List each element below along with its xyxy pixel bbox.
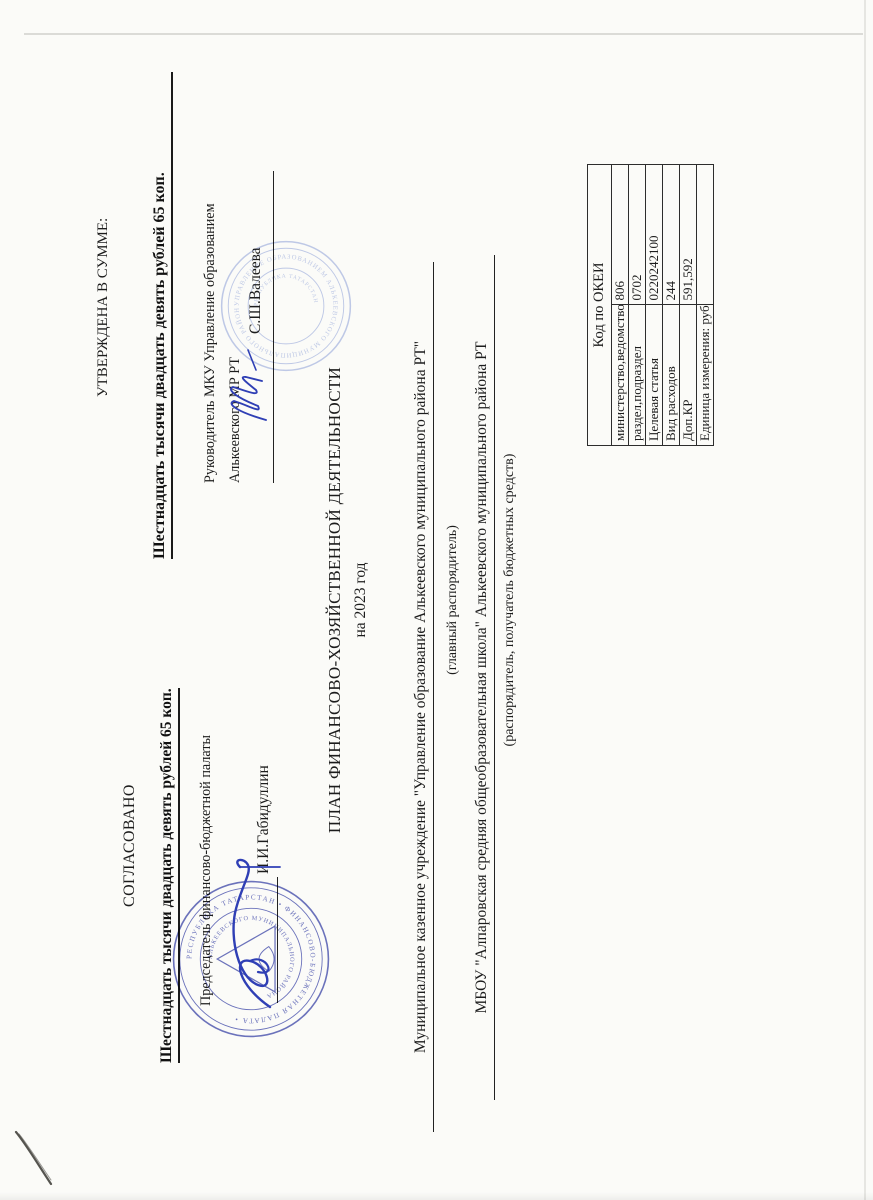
code-label: Единица измерения: руб: [697, 305, 714, 446]
codes-table-row: Целевая статья0220242100: [646, 165, 663, 446]
codes-table-row: Вид расходов244: [663, 165, 680, 446]
scan-edge-bottom: [0, 1192, 873, 1200]
main-organization-role: (главный распорядитель): [445, 0, 461, 1200]
scan-edge-top: [24, 33, 863, 35]
stamp-right-ring-text-inner: РЕСПУБЛИКА ТАТАРСТАН: [254, 274, 319, 307]
codes-table-header: Код по ОКЕИ: [588, 165, 612, 446]
code-label: Целевая статья: [646, 305, 663, 446]
codes-table-row: Доп.КР591,592: [680, 165, 697, 446]
main-organization-name: Муниципальное казенное учреждение "Управ…: [412, 262, 434, 1132]
document-year: на 2023 год: [352, 0, 370, 1200]
codes-table-body: министерство,ведомство806раздел,подразде…: [612, 165, 714, 446]
amount-in-words-right: Шестнадцать тысячи двадцать девять рубле…: [151, 72, 173, 559]
codes-table-row: раздел,подраздел0702: [629, 165, 646, 446]
pen-mark-icon: [10, 1117, 58, 1192]
code-label: Вид расходов: [663, 305, 680, 446]
code-label: раздел,подраздел: [629, 305, 646, 446]
approval-right-heading: УТВЕРЖДЕНА В СУММЕ:: [95, 218, 112, 397]
codes-table-row: министерство,ведомство806: [612, 165, 629, 446]
code-value: 244: [663, 165, 680, 306]
code-value: 591,592: [680, 165, 697, 306]
code-label: Доп.КР: [680, 305, 697, 446]
code-value: 806: [612, 165, 629, 306]
svg-text:РЕСПУБЛИКА ТАТАРСТАН: РЕСПУБЛИКА ТАТАРСТАН: [254, 274, 319, 307]
scan-edge-right: [864, 0, 866, 1200]
code-label: министерство,ведомство: [612, 305, 629, 446]
signature-chairman-icon: [218, 840, 293, 1015]
approval-left-heading: СОГЛАСОВАНО: [121, 784, 139, 907]
codes-table-row: Единица измерения: руб: [697, 165, 714, 446]
code-value: [697, 165, 714, 306]
document-sheet: СОГЛАСОВАНО Шестнадцать тысячи двадцать …: [0, 0, 873, 1200]
scanned-document: СОГЛАСОВАНО Шестнадцать тысячи двадцать …: [0, 0, 873, 1200]
code-value: 0220242100: [646, 165, 663, 306]
codes-table: Код по ОКЕИ министерство,ведомство806раз…: [587, 164, 714, 446]
codes-table-header-row: Код по ОКЕИ: [588, 165, 612, 446]
recipient-organization-name: МБОУ "Алпаровская средняя общеобразовате…: [473, 255, 495, 1100]
recipient-organization-role: (распорядитель, получатель бюджетных сре…: [502, 0, 518, 1200]
code-value: 0702: [629, 165, 646, 306]
signature-director-icon: [216, 317, 278, 432]
